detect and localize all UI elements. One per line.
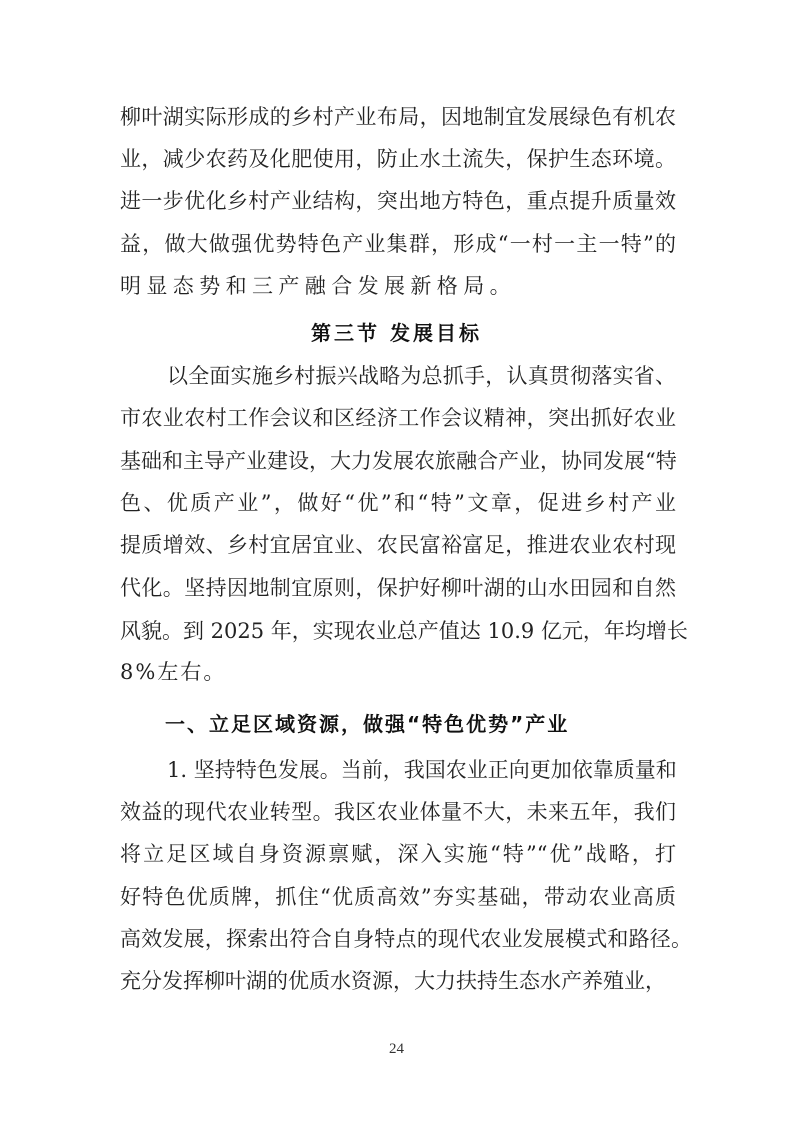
text-line: 益，做大做强优势特色产业集群，形成“一村一主一特”的 bbox=[120, 229, 676, 259]
sub-heading: 一、立足区域资源，做强“特色优势”产业 bbox=[165, 709, 569, 739]
text-line: 市农业农村工作会议和区经济工作会议精神，突出抓好农业 bbox=[120, 403, 676, 433]
text-line: 1. 坚持特色发展。当前，我国农业正向更加依靠质量和 bbox=[167, 755, 676, 785]
text-line: 好特色优质牌，抓住“优质高效”夯实基础，带动农业高质 bbox=[120, 882, 676, 912]
section-title: 第三节 发展目标 bbox=[0, 318, 793, 348]
text-line: 业，减少农药及化肥使用，防止水土流失，保护生态环境。 bbox=[120, 144, 676, 174]
text-line: 提质增效、乡村宜居宜业、农民富裕富足，推进农业农村现 bbox=[120, 530, 676, 560]
text-line: 8%左右。 bbox=[120, 657, 676, 687]
text-line: 明显态势和三产融合发展新格局。 bbox=[120, 271, 676, 301]
text-line: 将立足区域自身资源禀赋，深入实施“特”“优”战略，打 bbox=[120, 839, 676, 869]
text-line: 基础和主导产业建设，大力发展农旅融合产业，协同发展“特 bbox=[120, 446, 676, 476]
text-line: 代化。坚持因地制宜原则，保护好柳叶湖的山水田园和自然 bbox=[120, 573, 676, 603]
text-line: 色、优质产业”，做好“优”和“特”文章，促进乡村产业 bbox=[120, 488, 676, 518]
text-line: 高效发展，探索出符合自身特点的现代农业发展模式和路径。 bbox=[120, 924, 692, 954]
text-line: 以全面实施乡村振兴战略为总抓手，认真贯彻落实省、 bbox=[167, 361, 676, 391]
text-line: 风貌。到 2025 年，实现农业总产值达 10.9 亿元，年均增长 bbox=[120, 616, 676, 646]
text-line: 柳叶湖实际形成的乡村产业布局，因地制宜发展绿色有机农 bbox=[120, 102, 676, 132]
page-number: 24 bbox=[0, 1040, 793, 1058]
document-page: 柳叶湖实际形成的乡村产业布局，因地制宜发展绿色有机农 业，减少农药及化肥使用，防… bbox=[0, 0, 793, 1122]
text-line: 充分发挥柳叶湖的优质水资源，大力扶持生态水产养殖业， bbox=[120, 966, 665, 996]
text-line: 效益的现代农业转型。我区农业体量不大，未来五年，我们 bbox=[120, 797, 676, 827]
text-line: 进一步优化乡村产业结构，突出地方特色，重点提升质量效 bbox=[120, 186, 676, 216]
